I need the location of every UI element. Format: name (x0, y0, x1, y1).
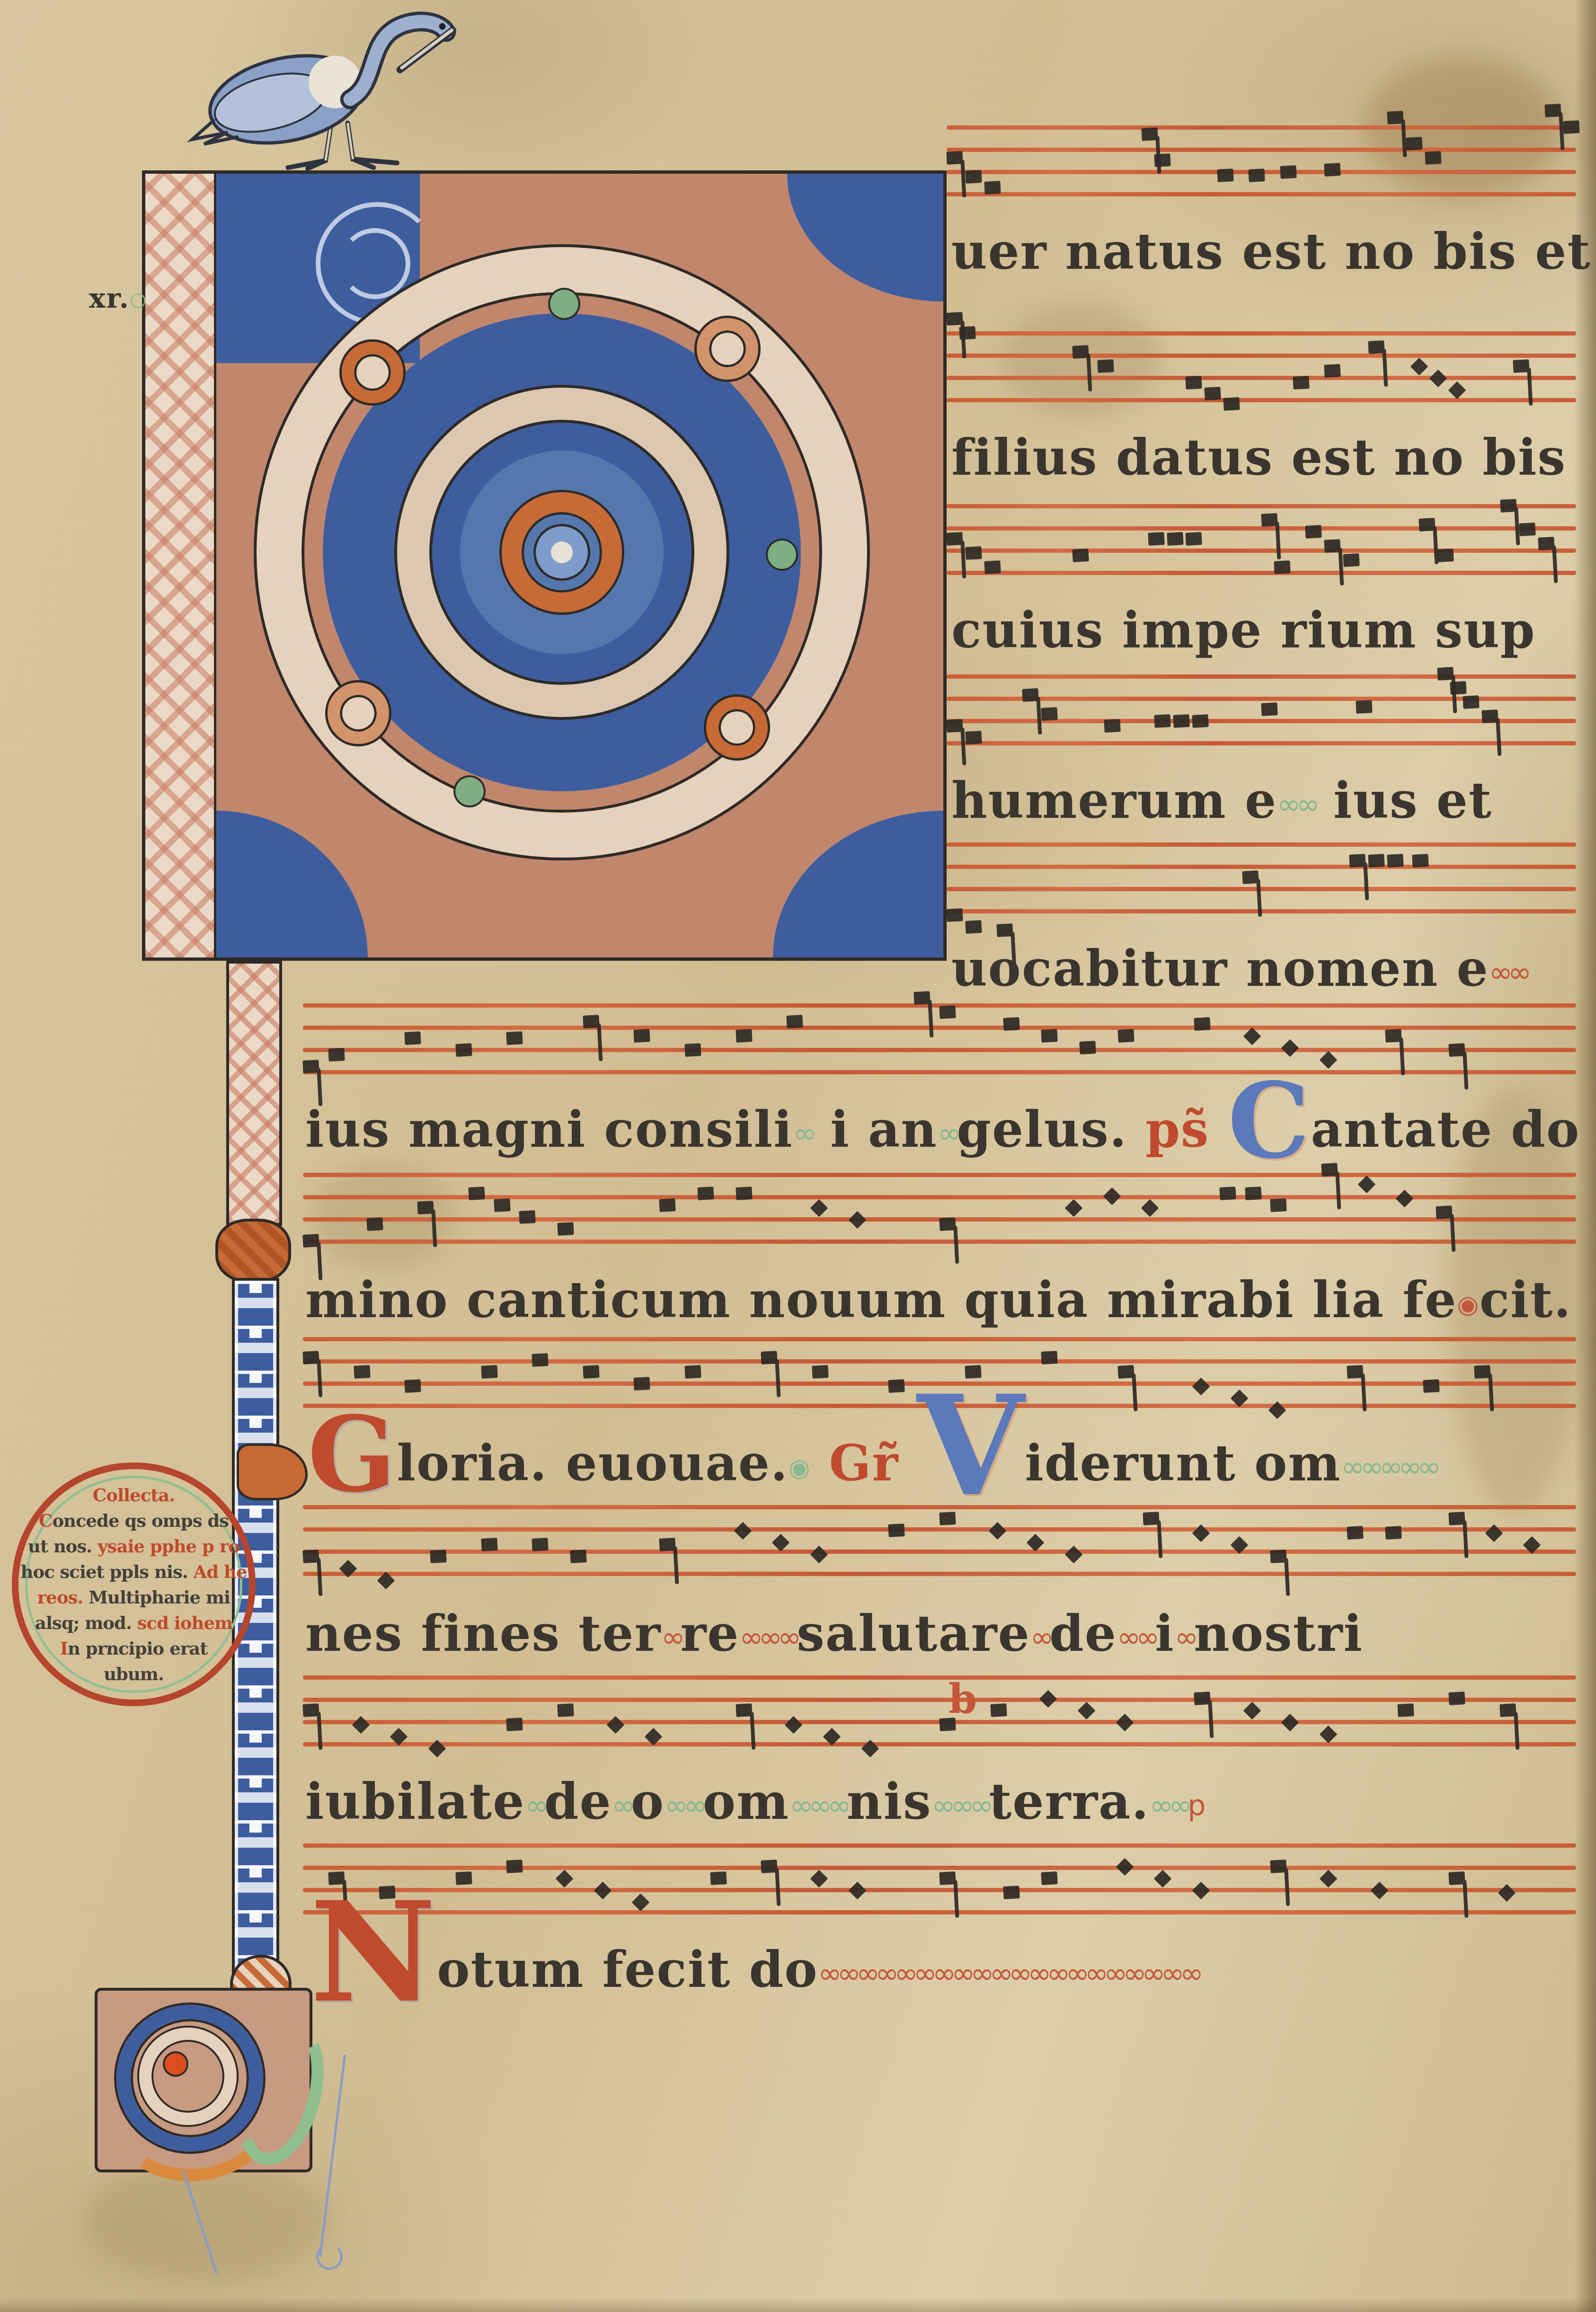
neume (1425, 151, 1441, 165)
chant-lyric-line-5: uocabitur nomen e∞∞ (951, 939, 1527, 998)
neume (1039, 1690, 1057, 1708)
leaf-dot (550, 290, 578, 318)
staff-line (303, 1026, 1576, 1030)
neume (1293, 376, 1309, 390)
neume (430, 1550, 446, 1563)
neume (1280, 165, 1296, 179)
neume (946, 312, 963, 326)
music-staff-5 (947, 842, 1576, 918)
neume (939, 1217, 956, 1231)
neume (939, 1718, 956, 1731)
illuminated-initial-p-panel (142, 170, 947, 961)
staff-line (947, 192, 1576, 196)
lyric-text: humerum e (951, 771, 1277, 830)
neume (659, 1198, 676, 1212)
collecta-line: Concede qs omps ds (39, 1508, 229, 1533)
neume (302, 1351, 319, 1364)
prayer-text: Multipharie mi (89, 1587, 230, 1608)
neume (1321, 1163, 1338, 1177)
green-dot-icon: ○ (130, 288, 147, 310)
neume (736, 1029, 752, 1043)
neume (1148, 532, 1164, 546)
lyric-text: uer natus est no bis et (951, 222, 1591, 281)
staff-line (303, 1359, 1576, 1364)
neume (965, 920, 982, 934)
neume (888, 1379, 905, 1393)
neume (1194, 1017, 1210, 1031)
collecta-line: hoc sciet ppls nis. Ad he (21, 1559, 247, 1585)
neume (1368, 340, 1384, 354)
neume (570, 1550, 586, 1563)
staff-line (947, 887, 1576, 891)
staff-line (303, 1505, 1576, 1509)
neume (634, 1377, 650, 1391)
neume (736, 1703, 752, 1717)
staff-line (303, 1572, 1576, 1576)
neume (965, 546, 982, 560)
line-filler-icon: ∞ (793, 1117, 812, 1150)
neume (1103, 1187, 1121, 1205)
rubric-text: C (39, 1510, 52, 1531)
leaf-dot (455, 777, 484, 806)
neume (1387, 111, 1403, 124)
neume (1423, 1379, 1440, 1393)
line-filler-icon: ∞ (525, 1789, 544, 1822)
line-filler-icon: ∞ (1175, 1621, 1194, 1654)
neume (1243, 1028, 1261, 1045)
neume (812, 1365, 828, 1379)
neume (965, 731, 982, 744)
neume (1041, 707, 1057, 721)
decorated-initial: N (310, 1946, 437, 1959)
leaf-dot (768, 540, 796, 569)
staff-line (303, 1240, 1576, 1244)
neume (946, 151, 963, 165)
neume (1041, 1351, 1058, 1364)
neume (761, 1351, 778, 1364)
manuscript-page: { "colors": { "ink": "#3a352e", "rubric_… (0, 0, 1596, 2312)
staff-line (947, 504, 1576, 508)
neume (1192, 1378, 1210, 1396)
staff-line (947, 842, 1576, 847)
neume (1072, 345, 1089, 359)
neume (959, 326, 975, 340)
line-filler-icon: ∞ (1030, 1621, 1049, 1654)
neume (1498, 1884, 1516, 1902)
initial-p-bowl (257, 247, 867, 858)
line-filler-icon: ∞∞ (665, 1789, 702, 1822)
neume (848, 1882, 866, 1900)
margin-mark: xr.○ (89, 282, 147, 314)
lyric-text: terra. (989, 1772, 1149, 1831)
neume (1519, 523, 1536, 536)
lyric-text: nis (847, 1772, 932, 1831)
music-staff-9 (303, 1505, 1576, 1581)
neume (302, 1703, 319, 1717)
staff-line (947, 125, 1576, 130)
neume (494, 1198, 510, 1212)
line-filler-icon: ∞∞ (1117, 1621, 1155, 1654)
staff-line (947, 674, 1576, 679)
staff-line (303, 1698, 1576, 1702)
lyric-text: otum fecit do (437, 1940, 818, 1999)
neume (1368, 854, 1384, 868)
neume (1281, 1714, 1299, 1732)
neume (1357, 1176, 1375, 1194)
neume (848, 1211, 866, 1229)
neume (1436, 1205, 1452, 1219)
neume (302, 1234, 319, 1248)
collecta-text: Collecta.Concede qs omps dsut nos. ysaie… (18, 1469, 249, 1700)
neume (532, 1353, 549, 1367)
chant-lyric-line-7: mino canticum nouum quia mirabi lia fe◉c… (305, 1271, 1572, 1329)
neume (557, 1703, 574, 1717)
neume (519, 1210, 536, 1224)
neume (659, 1538, 676, 1551)
stork-bird-illustration (137, 3, 488, 182)
lyric-text: re (681, 1604, 740, 1663)
neume (1154, 1870, 1172, 1888)
neume (1270, 1860, 1287, 1873)
neume (810, 1546, 828, 1564)
lyric-text: loria. euouae. (397, 1434, 789, 1492)
chant-lyric-line-6: ius magni consili∞ i an∞gelus. ps̃ Canta… (305, 1100, 1580, 1159)
foliage-spiral (328, 682, 389, 744)
pen-spiral-icon: ◉ (1457, 1291, 1479, 1319)
neume (1563, 120, 1580, 134)
neume (1072, 549, 1089, 562)
folio-margin-mark: xr. (89, 282, 130, 314)
neume (481, 1538, 497, 1551)
staff-line (947, 376, 1576, 380)
neume (632, 1894, 650, 1912)
neume (1544, 104, 1561, 117)
neume (810, 1870, 828, 1888)
line-filler-icon: ∞∞∞ (789, 1789, 847, 1822)
music-staff-2 (947, 331, 1576, 407)
neume (583, 1015, 599, 1028)
neume (1186, 532, 1202, 546)
rubric-text: scd iohem (137, 1612, 232, 1633)
neume (1406, 137, 1422, 151)
neume (939, 1005, 956, 1019)
line-filler-icon: ∞∞∞ (740, 1621, 797, 1654)
line-filler-icon: ∞∞∞∞∞ (1341, 1451, 1436, 1484)
neume (1224, 397, 1240, 411)
rubric-text: Collecta. (93, 1485, 175, 1506)
neume (997, 923, 1013, 937)
neume (352, 1716, 370, 1734)
prayer-text: ut nos. (28, 1536, 98, 1557)
lyric-text: de (544, 1772, 612, 1831)
neume (1370, 1882, 1388, 1900)
neume (1437, 549, 1454, 562)
lyric-text: cit. (1480, 1271, 1572, 1329)
lyric-text: uocabitur nomen e (951, 939, 1489, 998)
neume (1243, 1702, 1261, 1720)
neume (1078, 1702, 1096, 1720)
neume (1270, 1198, 1287, 1212)
neume (1448, 1692, 1465, 1705)
neume (1448, 1871, 1465, 1885)
neume (405, 1031, 421, 1045)
neume (1448, 1043, 1465, 1057)
neume (1281, 1039, 1299, 1057)
chant-lyric-line-11: Notum fecit do∞∞∞∞∞∞∞∞∞∞∞∞∞∞∞∞∞∞∞∞ (310, 1940, 1199, 1999)
lyric-text: om (703, 1772, 789, 1831)
neume (1385, 1526, 1401, 1540)
collecta-line: ubum. (104, 1661, 164, 1687)
neume (634, 1029, 650, 1043)
staff-line (947, 354, 1576, 358)
neume (1398, 1703, 1414, 1717)
collecta-line: ut nos. ysaie pphe p ro (28, 1533, 239, 1559)
neume (1249, 168, 1265, 182)
neume (1347, 1526, 1363, 1540)
staff-line (947, 148, 1576, 152)
neume (1079, 1041, 1096, 1054)
decorated-initial: G (308, 1450, 397, 1460)
staff-line (303, 1048, 1576, 1052)
rubric-text: I (60, 1638, 68, 1659)
neume (1141, 1199, 1159, 1217)
neume (697, 1187, 714, 1200)
neume (1349, 854, 1366, 868)
initial-p-stem-upper (226, 961, 282, 1226)
neume (1305, 525, 1321, 539)
line-filler-icon: ∞∞∞ (932, 1789, 989, 1822)
neume (1385, 1029, 1401, 1043)
neume (1041, 1029, 1058, 1043)
neume (785, 1716, 803, 1734)
neume (1098, 359, 1114, 373)
staff-line (947, 331, 1576, 336)
neume (1186, 376, 1202, 390)
neume (761, 1860, 778, 1873)
neume (1499, 1703, 1516, 1717)
page-edge-shadow (0, 2298, 1596, 2312)
neume (984, 181, 1001, 195)
lyric-text: o (631, 1772, 665, 1831)
collecta-line: Collecta. (93, 1482, 175, 1508)
neume (1437, 667, 1454, 681)
initial-p-stem-lattice (145, 174, 216, 957)
staff-line (947, 865, 1576, 869)
chant-lyric-line-1: uer natus est no bis et (951, 222, 1591, 281)
neume (455, 1871, 472, 1885)
neume (532, 1538, 549, 1551)
staff-line (303, 1866, 1576, 1870)
neume (1270, 1550, 1287, 1563)
neume (1154, 714, 1170, 728)
lyric-text: ius et (1315, 771, 1492, 830)
chant-lyric-line-4: humerum e∞∞ ius et (951, 771, 1492, 830)
staff-line (303, 1675, 1576, 1680)
neume (1500, 499, 1517, 513)
lyric-text: salutare (797, 1604, 1030, 1663)
neume (468, 1187, 485, 1200)
prayer-text: alsq; mod. (35, 1612, 137, 1633)
neume (1022, 688, 1038, 702)
neume (772, 1534, 790, 1552)
rubric-text: ysaie pphe p ro (98, 1536, 239, 1557)
staff-line (303, 1843, 1576, 1848)
initial-p-stem-knot (215, 1219, 291, 1283)
neume (1154, 153, 1170, 167)
neume (1320, 1051, 1338, 1069)
decorated-initial: V (917, 1439, 1025, 1453)
neume (684, 1365, 701, 1379)
neume (946, 908, 963, 922)
pen-flourish (316, 2243, 343, 2270)
neume (1481, 709, 1498, 723)
neume (557, 1222, 574, 1236)
staff-line (947, 741, 1576, 745)
neume (1412, 854, 1429, 868)
neume (1324, 364, 1340, 378)
staff-line (303, 1337, 1576, 1341)
neume (684, 1043, 701, 1057)
lyric-text: mino canticum nouum quia mirabi lia fe (305, 1271, 1457, 1329)
foliage-spiral (706, 697, 768, 758)
lyric-text: nes fines ter (305, 1604, 661, 1663)
neume (1167, 532, 1183, 546)
lyric-text: filius datus est no bis (951, 428, 1566, 487)
chant-lyric-line-3: cuius impe rium sup (951, 601, 1536, 659)
neume (914, 991, 931, 1005)
lyric-text: de (1049, 1604, 1117, 1663)
neume (1324, 539, 1340, 553)
collecta-roundel: Collecta.Concede qs omps dsut nos. ysaie… (12, 1462, 256, 1706)
neume (506, 1860, 523, 1873)
rubric-text: Ad he (194, 1561, 247, 1582)
neume (1261, 702, 1277, 716)
neume (1192, 714, 1208, 728)
neume (1041, 1871, 1058, 1885)
neume (556, 1870, 574, 1888)
staff-line (303, 1195, 1576, 1199)
neume (594, 1882, 612, 1900)
neume (1463, 695, 1479, 709)
neume (990, 1703, 1007, 1717)
prayer-text: ubum. (104, 1664, 164, 1684)
neume (455, 1043, 472, 1057)
music-staff-6 (303, 1003, 1576, 1079)
neume (1356, 700, 1372, 714)
neume (1065, 1546, 1083, 1564)
neume (1245, 1187, 1261, 1200)
neume (734, 1522, 752, 1540)
line-filler-icon: ∞∞ (1489, 956, 1527, 989)
neume (1192, 1882, 1210, 1900)
neume (1261, 513, 1277, 527)
neume (1242, 870, 1259, 884)
neume (1104, 719, 1120, 733)
lyric-text: iubilate (305, 1772, 525, 1831)
lyric-text (1209, 1100, 1227, 1159)
lyric-text: antate do (1311, 1100, 1580, 1159)
neume (888, 1524, 905, 1537)
staff-line (303, 1070, 1576, 1074)
neume (1450, 681, 1466, 695)
pen-spiral-icon: ◉ (789, 1454, 811, 1482)
neume (1003, 1017, 1020, 1031)
neume (988, 1522, 1006, 1540)
chant-lyric-line-8: Gloria. euouae.◉ Gr̃ Viderunt om∞∞∞∞∞ (308, 1434, 1436, 1492)
neume (606, 1716, 624, 1734)
neume (984, 560, 1001, 574)
neume (1194, 1692, 1210, 1705)
line-filler-icon: ∞ (661, 1621, 680, 1654)
neume (1065, 1199, 1083, 1217)
neume (1274, 560, 1290, 574)
neume (481, 1365, 497, 1379)
neume (1448, 381, 1466, 399)
neume (1205, 387, 1221, 400)
neume (1474, 1365, 1490, 1379)
neume (946, 532, 963, 546)
rubric-text: ps̃ (1145, 1100, 1209, 1159)
rubric-text: Gr̃ (811, 1434, 917, 1492)
neume (1217, 168, 1233, 182)
staff-line (947, 526, 1576, 531)
lyric-text: i (1155, 1604, 1175, 1663)
neume (417, 1201, 434, 1214)
collecta-line: reos. Multipharie mi (37, 1585, 230, 1610)
neume (302, 1060, 319, 1073)
line-filler-icon: ∞ (938, 1117, 957, 1150)
neume (1003, 1886, 1020, 1899)
neume (1142, 127, 1158, 141)
collecta-line: alsq; mod. scd iohem (35, 1610, 232, 1636)
staff-line (303, 1173, 1576, 1177)
neume (405, 1379, 421, 1393)
line-filler-icon: ∞∞ (1150, 1789, 1188, 1822)
lyric-text: iderunt om (1025, 1434, 1341, 1492)
staff-line (947, 398, 1576, 402)
staff-line (947, 549, 1576, 553)
neume (787, 1015, 803, 1028)
neume (302, 1550, 319, 1563)
neume (1513, 359, 1529, 373)
neume (939, 1871, 956, 1885)
initial-p-terminal-ornament (95, 1988, 312, 2172)
staff-line (303, 1742, 1576, 1746)
neume (506, 1031, 523, 1045)
pen-flourish (319, 2055, 346, 2257)
neume (1117, 1365, 1134, 1379)
music-staff-4 (947, 674, 1576, 750)
neume (1116, 1714, 1134, 1732)
chant-lyric-line-9: nes fines ter∞re∞∞∞salutare∞de∞∞i∞nostri (305, 1604, 1363, 1663)
neume (1027, 1534, 1045, 1552)
music-staff-3 (947, 504, 1576, 580)
pen-flourish (182, 2170, 218, 2274)
foliage-spiral (342, 342, 403, 403)
neume (939, 1512, 956, 1525)
chant-lyric-line-10: iubilate∞de∞o∞∞om∞∞∞nis∞∞∞terra.∞∞p (305, 1772, 1201, 1831)
neume (965, 170, 982, 184)
line-filler-icon: ∞∞∞∞∞∞∞∞∞∞∞∞∞∞∞∞∞∞∞∞ (818, 1957, 1199, 1990)
neume (1143, 1512, 1160, 1525)
neume (1219, 1187, 1236, 1200)
neume (583, 1365, 599, 1379)
lyric-text: i an (812, 1100, 938, 1159)
prayer-text: hoc sciet ppls nis. (21, 1561, 194, 1582)
neume (366, 1217, 383, 1231)
neume (1173, 714, 1189, 728)
line-filler-icon: ∞∞ (1277, 788, 1315, 821)
